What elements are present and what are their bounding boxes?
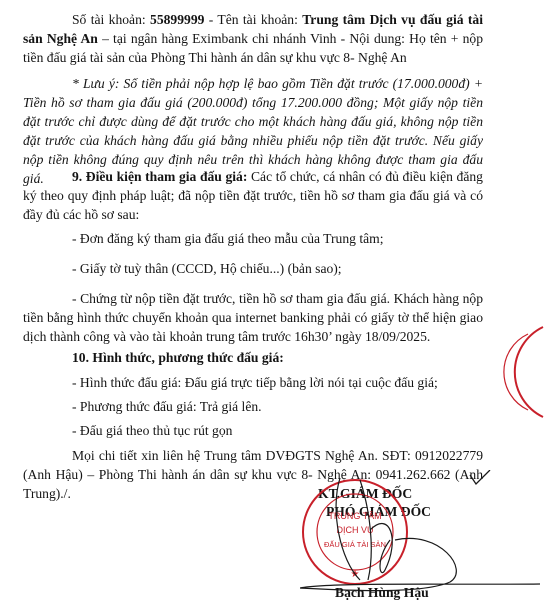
section9-paragraph: 9. Điều kiện tham gia đấu giá: Các tổ ch…	[23, 167, 483, 224]
account-label: Số tài khoản:	[72, 12, 150, 27]
section9-item-1: - Đơn đăng ký tham gia đấu giá theo mẫu …	[23, 229, 483, 248]
section9-item-2: - Giấy tờ tuỳ thân (CCCD, Hộ chiếu...) (…	[23, 259, 483, 278]
section9-item-3: - Chứng từ nộp tiền đặt trước, tiền hồ s…	[23, 289, 483, 346]
account-number: 55899999	[150, 12, 204, 27]
section10-heading: 10. Hình thức, phương thức đấu giá:	[23, 348, 483, 367]
signer-name: Bạch Hùng Hậu	[335, 583, 429, 602]
account-paragraph: Số tài khoản: 55899999 - Tên tài khoản: …	[23, 10, 483, 67]
document-page: Số tài khoản: 55899999 - Tên tài khoản: …	[0, 0, 545, 616]
section9-heading: 9. Điều kiện tham gia đấu giá:	[72, 169, 247, 184]
partial-seal-stamp	[478, 322, 545, 422]
account-name-label: - Tên tài khoản:	[204, 12, 302, 27]
section10-item-2: - Phương thức đấu giá: Trả giá lên.	[23, 397, 483, 416]
section10-item-1: - Hình thức đấu giá: Đấu giá trực tiếp b…	[23, 373, 483, 392]
section10-item-3: - Đấu giá theo thủ tục rút gọn	[23, 421, 483, 440]
